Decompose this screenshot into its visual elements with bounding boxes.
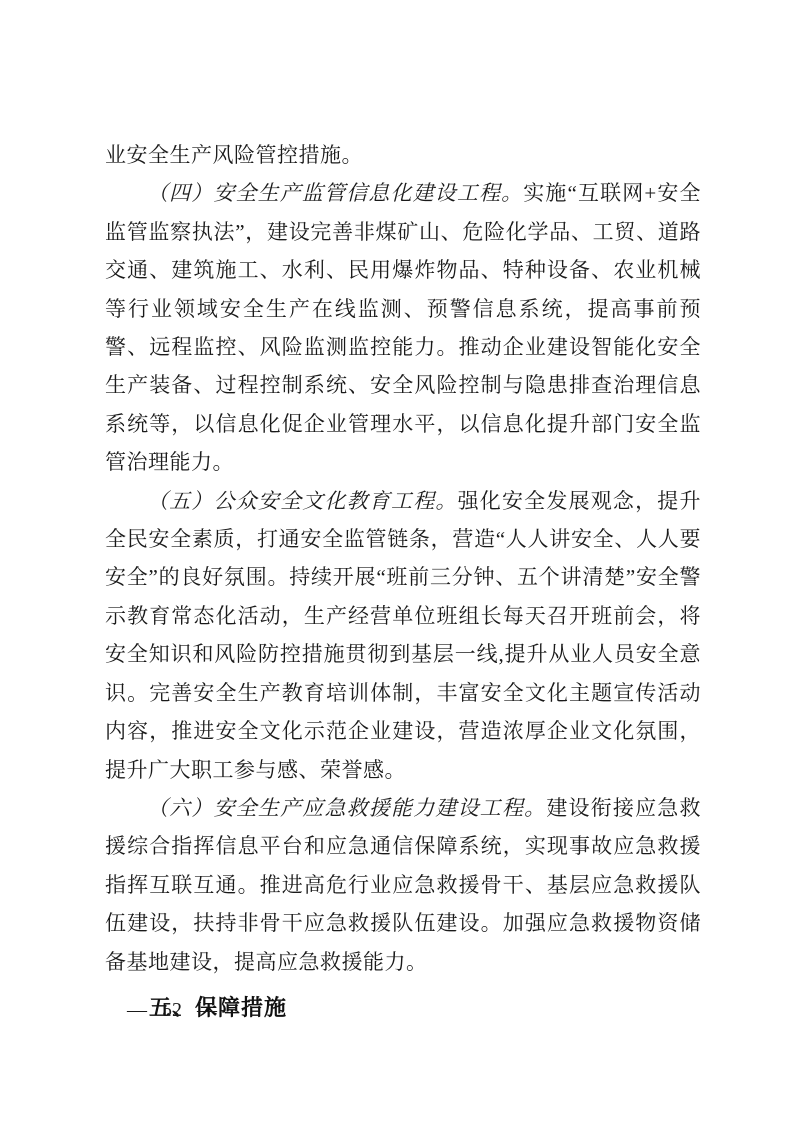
paragraph-section-5: （五）公众安全文化教育工程。强化安全发展观念，提升全民安全素质，打通安全监管链条… [105,482,701,789]
paragraph-lead-4: （四）安全生产监管信息化建设工程。 [147,181,523,205]
paragraph-section-6: （六）安全生产应急救援能力建设工程。建设衔接应急救援综合指挥信息平台和应急通信保… [105,789,701,981]
paragraph-body-5: 强化安全发展观念，提升全民安全素质，打通安全监管链条，营造“人人讲安全、人人要安… [105,489,701,782]
paragraph-body-4: 实施“互联网+安全监管监察执法”，建设完善非煤矿山、危险化学品、工贸、道路交通、… [105,181,701,474]
paragraph-lead-5: （五）公众安全文化教育工程。 [147,489,458,513]
paragraph-body-6: 建设衔接应急救援综合指挥信息平台和应急通信保障系统，实现事故应急救援指挥互联互通… [105,796,701,974]
document-page: 业安全生产风险管控措施。 （四）安全生产监管信息化建设工程。实施“互联网+安全监… [0,0,793,1122]
paragraph-continuation: 业安全生产风险管控措施。 [105,136,701,174]
page-number: — 52 — [127,999,217,1021]
document-body: 业安全生产风险管控措施。 （四）安全生产监管信息化建设工程。实施“互联网+安全监… [105,136,701,1027]
paragraph-section-4: （四）安全生产监管信息化建设工程。实施“互联网+安全监管监察执法”，建设完善非煤… [105,174,701,481]
paragraph-lead-6: （六）安全生产应急救援能力建设工程。 [147,796,546,820]
